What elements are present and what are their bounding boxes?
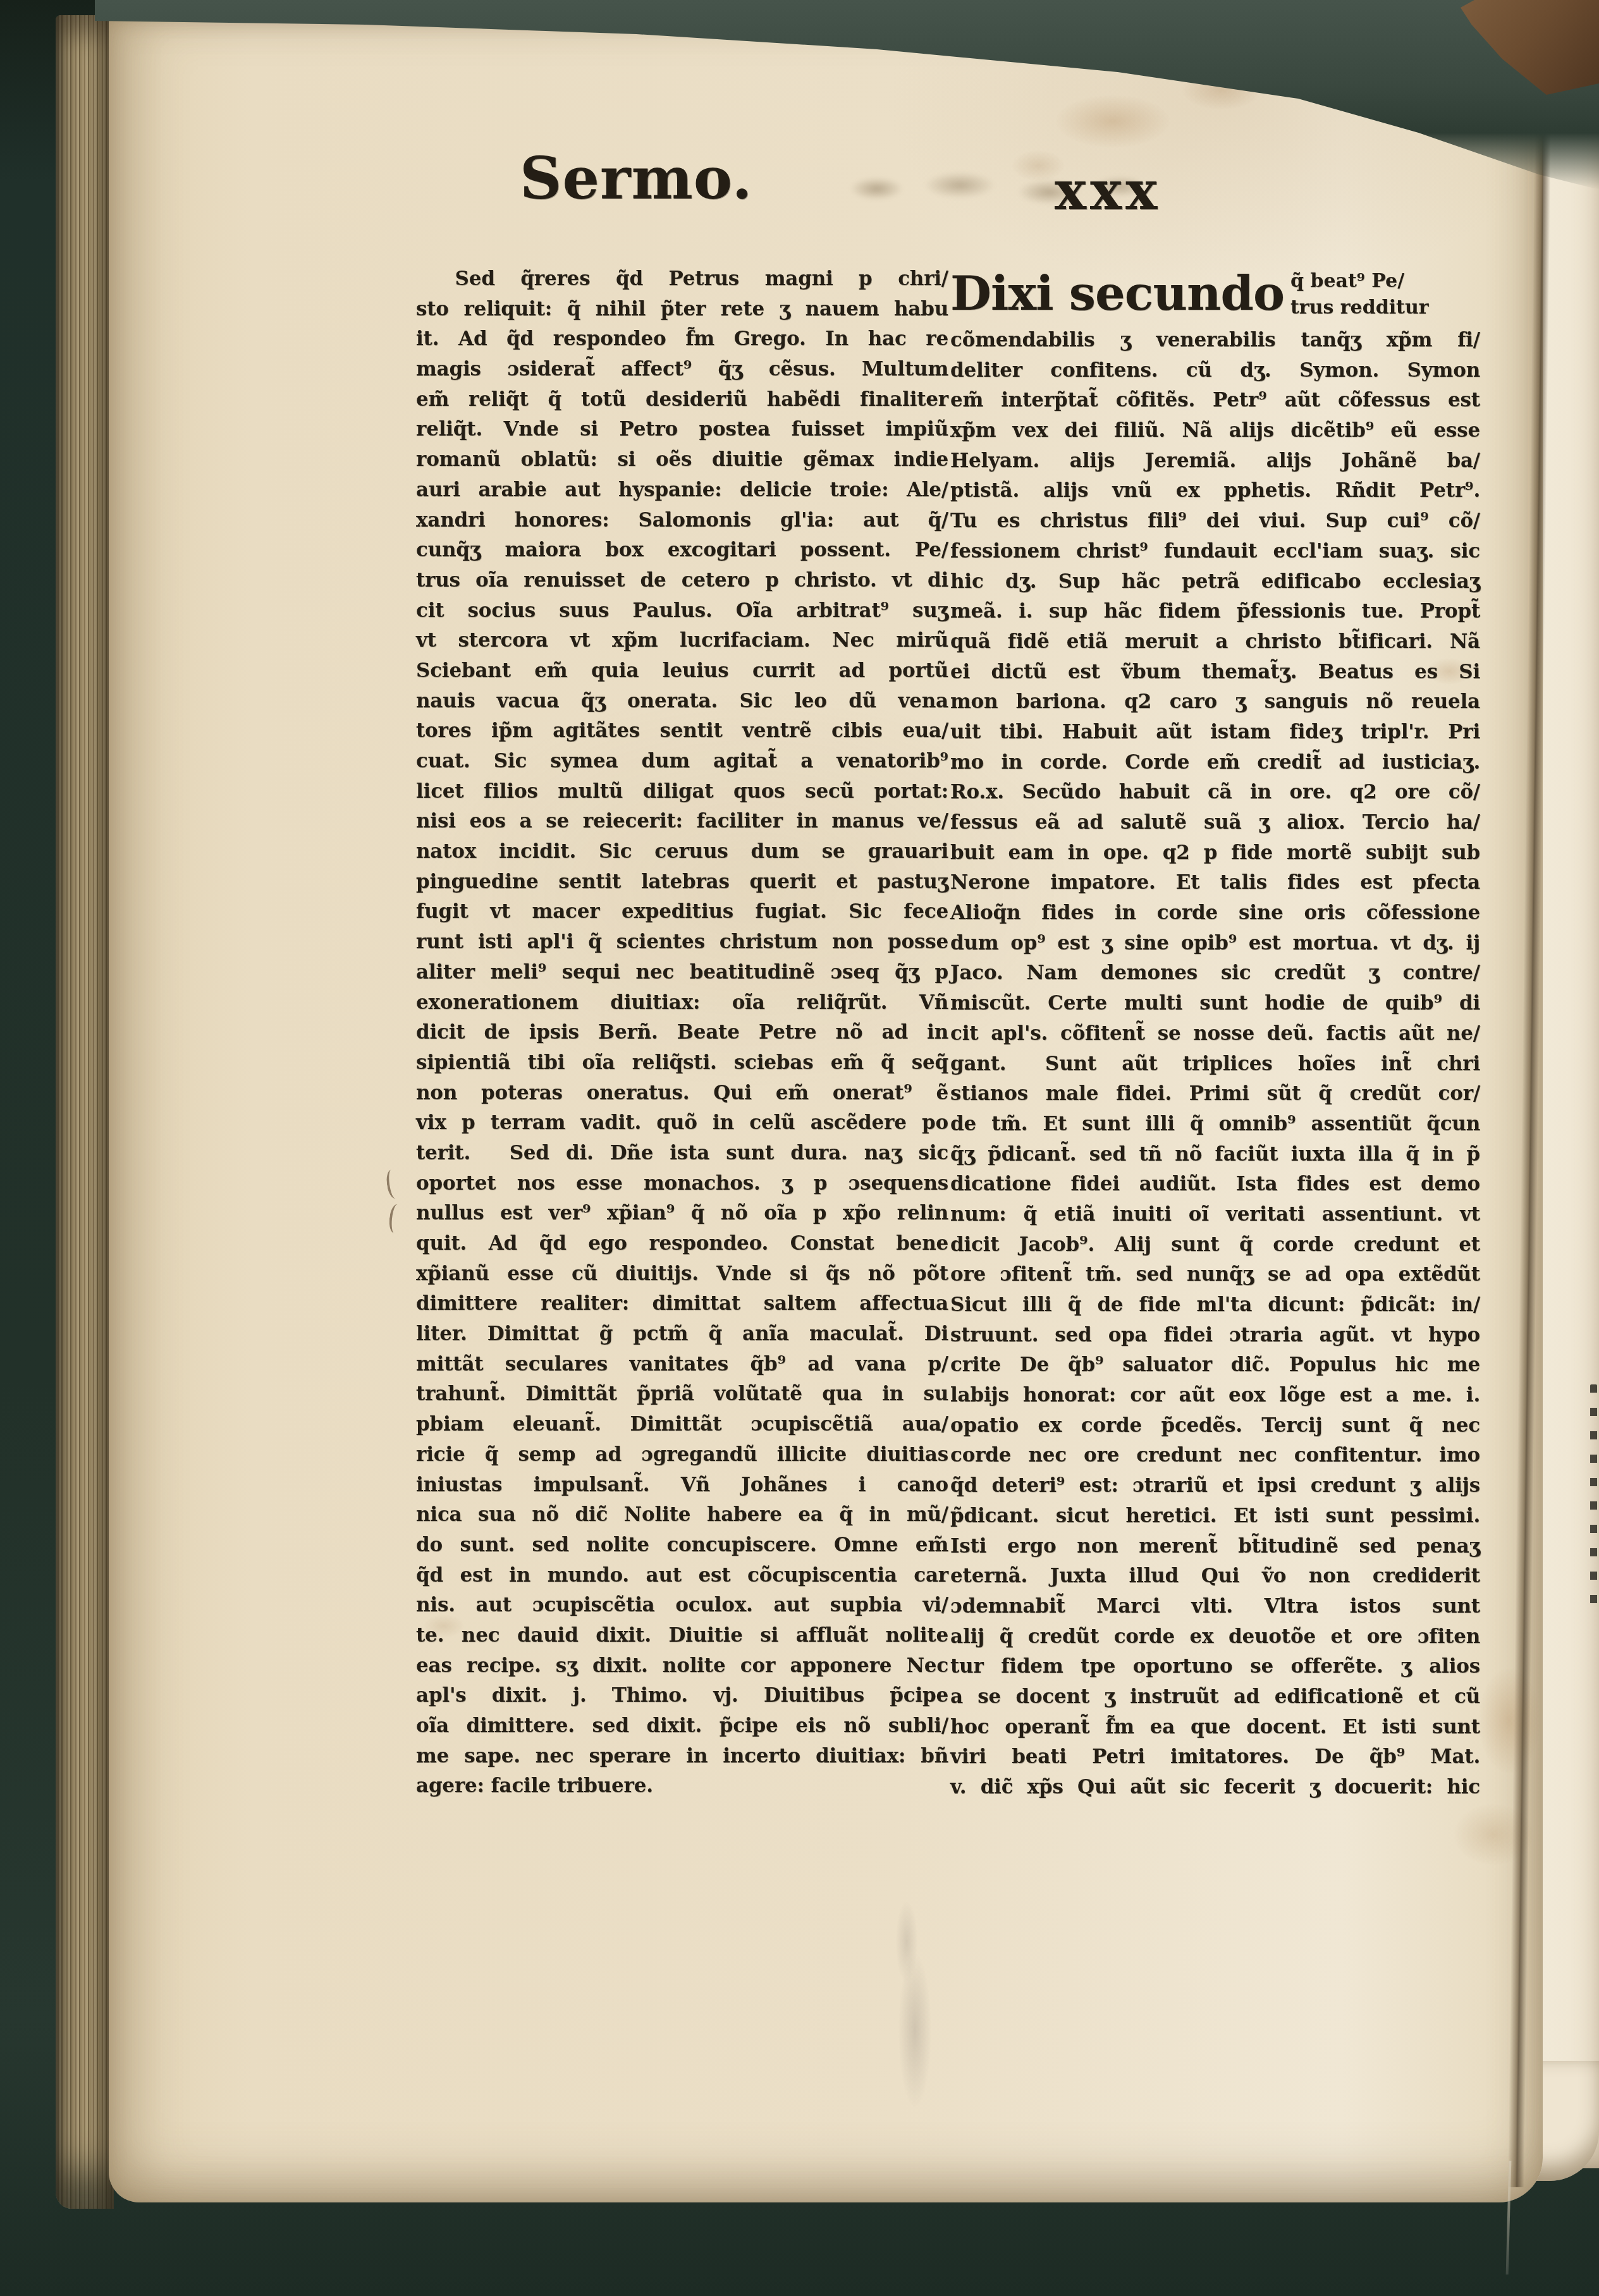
text-line: dum op⁹ est ʒ sine opib⁹ est mortua. vt … xyxy=(950,929,1480,959)
text-line: de tm̃. Et sunt illi q̃ omnib⁹ assentiũt… xyxy=(950,1109,1480,1140)
text-line: em̃ interp̃tat̃ cõfitẽs. Petr⁹ aũt cõfes… xyxy=(950,386,1480,416)
text-line: quit. Ad q̃d ego respondeo. Constat bene xyxy=(416,1229,948,1259)
text-line: nisi eos a se reiecerit: faciliter in ma… xyxy=(416,807,948,837)
text-line: hoc operant̃ f̃m ea que docent. Et isti … xyxy=(950,1713,1480,1743)
text-line: cunq̃ʒ maiora box excogitari possent. Pe… xyxy=(416,535,948,566)
text-line: aliter meli⁹ sequi nec beatitudinẽ ɔseq … xyxy=(416,958,948,988)
text-line: Jaco. Nam demones sic credũt ʒ contre/ xyxy=(950,958,1480,989)
text-line: p̃dicant. sicut heretici. Et isti sunt p… xyxy=(950,1501,1480,1532)
text-line: ricie q̃ semp ad ɔgregandũ illicite diui… xyxy=(416,1440,948,1470)
book-scan-scene: Sermo. xxx Sed q̃reres q̃d Petrus magni … xyxy=(0,0,1599,2296)
text-line: mo in corde. Corde em̃ credit̃ ad iustic… xyxy=(950,748,1480,778)
book-foredge-page-stack xyxy=(56,15,114,2209)
text-line: mittãt seculares vanitates q̃b⁹ ad vana … xyxy=(416,1350,948,1380)
text-line: fessus eã ad salutẽ suã ʒ aliox. Tercio … xyxy=(950,808,1480,838)
text-line: Isti ergo non merent̃ bt̃itudinẽ sed pen… xyxy=(950,1532,1480,1562)
text-line: licet filios multũ diligat quos secũ por… xyxy=(416,777,948,807)
text-line: v. dic̃ xp̃s Qui aũt sic fecerit ʒ docue… xyxy=(950,1773,1480,1803)
text-line: gant. Sunt aũt triplices hoĩes int̃ chri xyxy=(950,1049,1480,1080)
text-line: oĩa dimittere. sed dixit. p̃cipe eis nõ … xyxy=(416,1711,948,1742)
text-line: eternã. Juxta illud Qui ṽo non credideri… xyxy=(950,1561,1480,1592)
text-line: em̃ reliq̃t q̃ totũ desideriũ habẽdi fin… xyxy=(416,385,948,415)
text-line: vix p terram vadit. quõ in celũ ascẽdere… xyxy=(416,1108,948,1139)
text-line: trus oĩa renuisset de cetero p christo. … xyxy=(416,566,948,596)
text-line: cuat. Sic symea dum agitat̃ a venatorib⁹ xyxy=(416,747,948,777)
text-line: stianos male fidei. Primi sũt q̃ credũt … xyxy=(950,1079,1480,1109)
text-line: Sciebant em̃ quia leuius currit ad portũ xyxy=(416,656,948,687)
text-line: labijs honorat: cor aũt eox lõge est a m… xyxy=(950,1381,1480,1411)
text-line: xp̃ianũ esse cũ diuitijs. Vnde si q̃s nõ… xyxy=(416,1259,948,1290)
section-heading-sidelines: q̃ beat⁹ Pe/ trus redditur xyxy=(1290,264,1429,321)
text-line: Alioq̃n fides in corde sine oris cõfessi… xyxy=(950,898,1480,929)
text-line: deliter confitens. cũ dʒ. Symon. Symon xyxy=(950,356,1480,386)
text-line: q̃d deteri⁹ est: ɔtrariũ et ipsi credunt… xyxy=(950,1471,1480,1501)
text-column-right: Dixi secundo q̃ beat⁹ Pe/ trus redditur … xyxy=(950,264,1480,1803)
text-line: agere: facile tribuere. xyxy=(416,1771,948,1802)
text-line: trahunt̃. Dimittãt p̃priã volũtatẽ qua i… xyxy=(416,1379,948,1410)
text-line: Helyam. alijs Jeremiã. alijs Johãnẽ ba/ xyxy=(950,446,1480,477)
section-heading-large: Dixi secundo xyxy=(950,264,1284,322)
right-column-lines: cõmendabilis ʒ venerabilis tanq̃ʒ xp̃m f… xyxy=(950,326,1480,1803)
text-line: ei dictũ est ṽbum themat̃ʒ. Beatus es Si xyxy=(950,657,1480,688)
text-line: struunt. sed opa fidei ɔtraria agũt. vt … xyxy=(950,1321,1480,1351)
text-line: magis ɔsiderat̃ affect⁹ q̃ʒ cẽsus. Multu… xyxy=(416,355,948,385)
text-line: eas recipe. sʒ dixit. nolite cor apponer… xyxy=(416,1651,948,1682)
text-line: a se docent ʒ instruũt ad edificationẽ e… xyxy=(950,1682,1480,1713)
text-line: nica sua nõ dic̃ Nolite habere ea q̃ in … xyxy=(416,1500,948,1530)
section-heading: Dixi secundo q̃ beat⁹ Pe/ trus redditur xyxy=(950,264,1480,324)
text-line: nullus est ver⁹ xp̃ian⁹ q̃ nõ oĩa p xp̃o… xyxy=(416,1199,948,1229)
text-line: sipientiã tibi oĩa reliq̃sti. sciebas em… xyxy=(416,1048,948,1078)
heading-side-line: q̃ beat⁹ Pe/ xyxy=(1290,268,1429,295)
text-line: xandri honores: Salomonis gl'ia: aut q̃/ xyxy=(416,506,948,536)
text-line: viri beati Petri imitatores. De q̃b⁹ Mat… xyxy=(950,1742,1480,1773)
text-line: dicatione fidei audiũt. Ista fides est d… xyxy=(950,1169,1480,1200)
text-line: oportet nos esse monachos. ʒ p ɔsequens xyxy=(416,1169,948,1199)
text-line: corde nec ore credunt nec confitentur. i… xyxy=(950,1441,1480,1471)
folio-number: xxx xyxy=(1055,159,1161,222)
text-line: it. Ad q̃d respondeo f̃m Grego. In hac r… xyxy=(416,324,948,355)
text-line: vt stercora vt xp̃m lucrifaciam. Nec mir… xyxy=(416,626,948,656)
text-line: Ro.x. Secũdo habuit cã in ore. q2 ore cõ… xyxy=(950,778,1480,808)
text-line: xp̃m vex dei filiũ. Nã alijs dicẽtib⁹ eũ… xyxy=(950,416,1480,446)
text-line: dicit de ipsis Berñ. Beate Petre nõ ad i… xyxy=(416,1018,948,1048)
text-line: uit tibi. Habuit aũt istam fideʒ tripl'r… xyxy=(950,717,1480,748)
text-line: q̃ʒ p̃dicant̃. sed tñ nõ faciũt iuxta il… xyxy=(950,1140,1480,1170)
text-line: pinguedine sentit latebras querit et pas… xyxy=(416,867,948,898)
text-line: nauis vacua q̃ʒ onerata. Sic leo dũ vena xyxy=(416,687,948,717)
text-line: runt isti apl'i q̃ scientes christum non… xyxy=(416,927,948,958)
text-line: alij q̃ credũt corde ex deuotõe et ore ɔ… xyxy=(950,1622,1480,1652)
text-line: sto reliquit: q̃ nihil p̃ter rete ʒ naue… xyxy=(416,295,948,325)
text-line: reliq̃t. Vnde si Petro postea fuisset im… xyxy=(416,415,948,445)
text-line: Nerone impatore. Et talis fides est pfec… xyxy=(950,868,1480,898)
text-line: iniustas impulsant̃. Vñ Johãnes i cano xyxy=(416,1470,948,1501)
text-line: meã. i. sup hãc fidem p̃fessionis tue. P… xyxy=(950,597,1480,627)
text-line: Sicut illi q̃ de fide ml'ta dicunt: p̃di… xyxy=(950,1290,1480,1321)
text-line: Sed q̃reres q̃d Petrus magni p chri/ xyxy=(416,264,948,295)
left-column-lines: Sed q̃reres q̃d Petrus magni p chri/sto … xyxy=(416,264,948,1802)
text-line: auri arabie aut hyspanie: delicie troie:… xyxy=(416,475,948,506)
text-line: Tu es christus fili⁹ dei viui. Sup cui⁹ … xyxy=(950,506,1480,537)
text-line: cit socius suus Paulus. Oĩa arbitrat⁹ su… xyxy=(416,596,948,626)
text-line: natox incidit. Sic ceruus dum se grauari xyxy=(416,837,948,867)
text-line: hic dʒ. Sup hãc petrã edificabo ecclesia… xyxy=(950,567,1480,597)
text-line: fessionem christ⁹ fundauit eccl'iam suaʒ… xyxy=(950,537,1480,567)
text-line: exonerationem diuitiax: oĩa reliq̃rũt. V… xyxy=(416,988,948,1018)
text-line: me sape. nec sperare in incerto diuitiax… xyxy=(416,1742,948,1772)
text-line: ore ɔfitent̃ tm̃. sed nunq̃ʒ se ad opa e… xyxy=(950,1260,1480,1290)
text-line: num: q̃ etiã inuiti oĩ veritati assentiu… xyxy=(950,1200,1480,1230)
text-line: mon bariona. q2 caro ʒ sanguis nõ reuela xyxy=(950,687,1480,717)
text-line: apl's dixit. j. Thimo. vj. Diuitibus p̃c… xyxy=(416,1681,948,1711)
text-line: terit. Sed di. Dñe ista sunt dura. naʒ s… xyxy=(416,1139,948,1169)
text-line: pbiam eleuant̃. Dimittãt ɔcupiscẽtiã aua… xyxy=(416,1410,948,1440)
text-line: cõmendabilis ʒ venerabilis tanq̃ʒ xp̃m f… xyxy=(950,326,1480,356)
text-line: buit eam in ope. q2 p fide mortẽ subijt … xyxy=(950,838,1480,869)
text-line: tores ip̃m agitãtes sentit ventrẽ cibis … xyxy=(416,716,948,747)
text-line: tur fidem tpe oportuno se offerẽte. ʒ al… xyxy=(950,1652,1480,1682)
text-line: nis. aut ɔcupiscẽtia oculox. aut supbia … xyxy=(416,1591,948,1621)
text-line: liter. Dimittat g̃ pctm̃ q̃ anĩa maculat… xyxy=(416,1319,948,1350)
running-title: Sermo. xyxy=(520,144,753,212)
text-line: q̃d est in mundo. aut est cõcupiscentia … xyxy=(416,1561,948,1591)
text-line: romanũ oblatũ: si oẽs diuitie gẽmax indi… xyxy=(416,445,948,475)
text-line: cit apl's. cõfitent̃ se nosse deũ. facti… xyxy=(950,1019,1480,1049)
text-line: non poteras oneratus. Qui em̃ onerat⁹ ẽ xyxy=(416,1078,948,1109)
text-line: opatio ex corde p̃cedẽs. Tercij sunt q̃ … xyxy=(950,1411,1480,1441)
text-line: fugit vt macer expeditius fugiat. Sic fe… xyxy=(416,897,948,927)
text-line: ptistã. alijs vnũ ex pphetis. Rñdit Petr… xyxy=(950,476,1480,506)
text-line: crite De q̃b⁹ saluator dic̃. Populus hic… xyxy=(950,1350,1480,1381)
text-line: te. nec dauid dixit. Diuitie si affluãt … xyxy=(416,1621,948,1651)
heading-side-line: trus redditur xyxy=(1290,295,1429,321)
text-line: quã fidẽ etiã meruit a christo bt̃ificar… xyxy=(950,627,1480,657)
text-line: dimittere realiter: dimittat saltem affe… xyxy=(416,1289,948,1319)
text-line: ɔdemnabit̃ Marci vlti. Vltra istos sunt xyxy=(950,1592,1480,1622)
text-line: miscũt. Certe multi sunt hodie de quib⁹ … xyxy=(950,989,1480,1019)
text-column-left: Sed q̃reres q̃d Petrus magni p chri/sto … xyxy=(416,264,948,1802)
text-line: dicit Jacob⁹. Alij sunt q̃ corde credunt… xyxy=(950,1230,1480,1261)
text-line: do sunt. sed nolite concupiscere. Omne e… xyxy=(416,1530,948,1561)
foredge-ink-marks xyxy=(1590,1384,1597,1612)
